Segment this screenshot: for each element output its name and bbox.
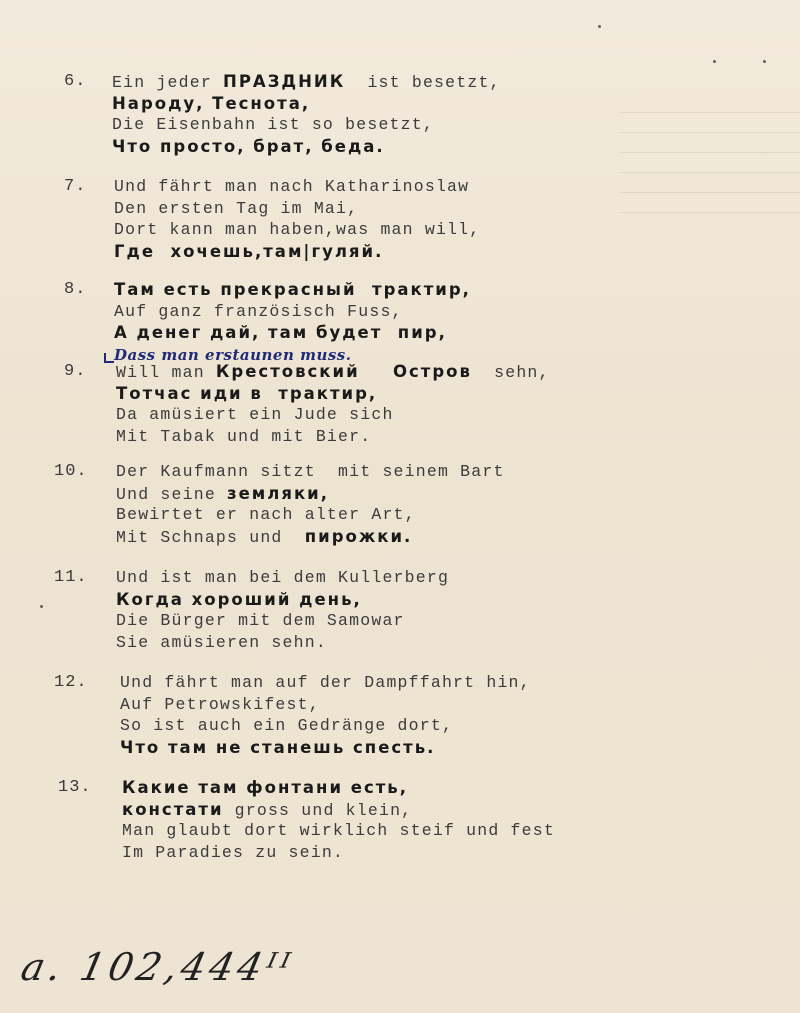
verse-line: Man glaubt dort wirklich steif und fest	[122, 821, 555, 840]
verse-line: Что просто, брат, беда.	[112, 137, 385, 157]
verse-line: Когда хороший день,	[116, 590, 362, 610]
verse-line: Mit Tabak und mit Bier.	[116, 427, 371, 446]
verse-line: А денег дай, там будет пир,	[114, 323, 447, 343]
paper-show-through	[620, 172, 800, 173]
paper-show-through	[620, 132, 800, 133]
verse-line: Там есть прекрасный трактир,	[114, 280, 471, 300]
stanza-number: 7.	[64, 177, 86, 196]
paper-speck	[598, 25, 601, 28]
verse-line: Der Kaufmann sitzt mit seinem Bart	[116, 462, 505, 481]
stanza-number: 10.	[54, 462, 88, 481]
stanza-number: 13.	[58, 778, 92, 797]
verse-line: Где хочешь,там|гуляй.	[114, 242, 383, 262]
verse-line: Die Eisenbahn ist so besetzt,	[112, 115, 434, 134]
verse-line: Im Paradies zu sein.	[122, 843, 344, 862]
document-page: 6.Ein jeder ПРАЗДНИК ist besetzt,Народу,…	[0, 0, 800, 1013]
verse-line: Auf Petrowskifest,	[120, 695, 320, 714]
verse-line: Тотчас иди в трактир,	[116, 384, 377, 404]
paper-speck	[763, 60, 766, 63]
verse-line: Den ersten Tag im Mai,	[114, 199, 358, 218]
verse-line: Und ist man bei dem Kullerberg	[116, 568, 449, 587]
handwritten-correction: Dass man erstaunen muss.	[114, 346, 351, 364]
verse-line: Will man Крестовский Остров sehn,	[116, 362, 550, 382]
verse-line: Und fährt man auf der Dampffahrt hin,	[120, 673, 531, 692]
archive-number-handwritten: a. 102,444ᴵᴵ	[17, 945, 297, 989]
verse-line: Dort kann man haben,was man will,	[114, 220, 480, 239]
verse-line: Народу, Теснота,	[112, 94, 310, 114]
paper-show-through	[620, 192, 800, 193]
stanza-number: 6.	[64, 72, 86, 91]
verse-line: Und seine земляки,	[116, 484, 329, 504]
paper-speck	[40, 605, 43, 608]
verse-line: So ist auch ein Gedränge dort,	[120, 716, 453, 735]
paper-show-through	[620, 112, 800, 113]
verse-line: Die Bürger mit dem Samowar	[116, 611, 405, 630]
stanza-number: 9.	[64, 362, 86, 381]
insertion-bracket	[104, 353, 114, 363]
verse-line: Und fährt man nach Katharinoslaw	[114, 177, 469, 196]
verse-line: Sie amüsieren sehn.	[116, 633, 327, 652]
verse-line: констати gross und klein,	[122, 800, 412, 820]
stanza-number: 8.	[64, 280, 86, 299]
verse-line: Какие там фонтани есть,	[122, 778, 408, 798]
verse-line: Auf ganz französisch Fuss,	[114, 302, 403, 321]
paper-show-through	[620, 152, 800, 153]
paper-show-through	[620, 212, 800, 213]
stanza-number: 12.	[54, 673, 88, 692]
verse-line: Mit Schnaps und пирожки.	[116, 527, 412, 547]
verse-line: Da amüsiert ein Jude sich	[116, 405, 394, 424]
stanza-number: 11.	[54, 568, 88, 587]
verse-line: Ein jeder ПРАЗДНИК ist besetzt,	[112, 72, 501, 92]
verse-line: Что там не станешь спесть.	[120, 738, 435, 758]
paper-speck	[713, 60, 716, 63]
verse-line: Bewirtet er nach alter Art,	[116, 505, 416, 524]
